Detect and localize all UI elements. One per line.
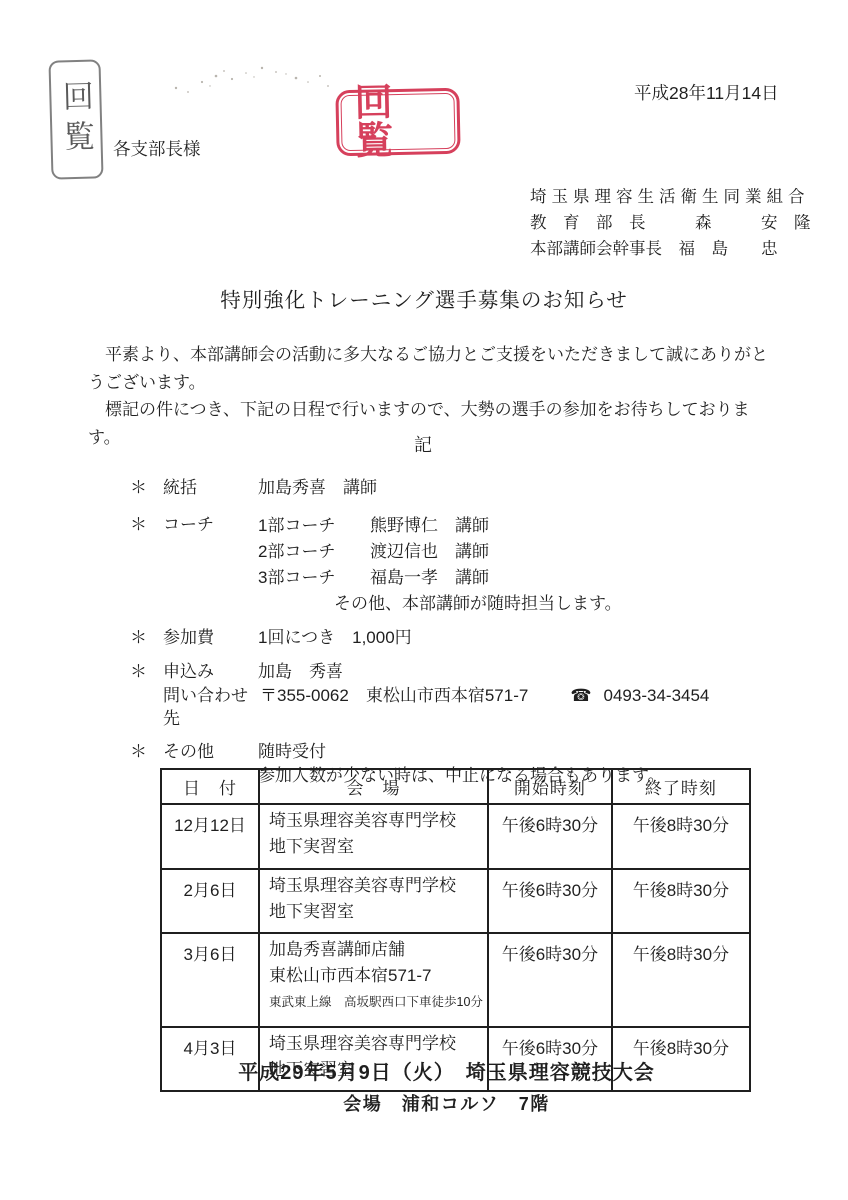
contact-row: 問い合わせ先 〒355-0062 東松山市西本宿571-7 ☎0493-34-3…: [163, 684, 830, 731]
record-marker: 記: [0, 431, 848, 457]
schedule-row-1: 12月12日 埼玉県理容美容専門学校 地下実習室 午後6時30分 午後8時30分: [161, 804, 750, 869]
cell-venue: 加島秀喜講師店舗 東松山市西本宿571-7 東武東上線 高坂駅西口下車徒歩10分: [259, 933, 488, 1027]
bullet-asterisk: ＊: [130, 740, 163, 764]
other-label: その他: [163, 740, 258, 764]
cell-end-time: 午後8時30分: [612, 933, 750, 1027]
contact-phone: ☎0493-34-3454: [570, 684, 709, 731]
cell-venue: 埼玉県理容美容専門学校 地下実習室: [259, 869, 488, 933]
document-page: 回覧 回覧 平成28年11月14日 各支部長様 埼玉県理容生活衛生同業組合 教 …: [0, 0, 848, 1200]
venue-line-1: 埼玉県理容美容専門学校: [269, 808, 483, 834]
contact-label: 問い合わせ先: [163, 684, 260, 731]
fee-value: 1回につき 1,000円: [258, 626, 830, 650]
venue-line-2: 地下実習室: [269, 834, 483, 860]
circulation-stamp-black-label: 回覧: [52, 79, 99, 160]
schedule-table: 日 付 会 場 開始時刻 終了時刻 12月12日 埼玉県理容美容専門学校 地下実…: [160, 768, 751, 1092]
list-item-coach: ＊ コーチ 1部コーチ 熊野博仁 講師 2部コーチ 渡辺信也 講師 3部コーチ …: [130, 513, 830, 617]
venue-line-1: 埼玉県理容美容専門学校: [269, 1031, 483, 1057]
footer-announcement: 平成29年5月9日（火） 埼玉県理容競技大会 会場 浦和コルソ 7階: [0, 1056, 848, 1116]
venue-line-1: 加島秀喜講師店舗: [269, 937, 483, 963]
circulation-stamp-red-inner-border: [340, 93, 455, 151]
bullet-asterisk: ＊: [130, 513, 163, 537]
cell-start-time: 午後6時30分: [488, 804, 612, 869]
col-header-end: 終了時刻: [612, 769, 750, 804]
list-item-fee: ＊ 参加費 1回につき 1,000円: [130, 626, 830, 650]
schedule-header-row: 日 付 会 場 開始時刻 終了時刻: [161, 769, 750, 804]
col-header-venue: 会 場: [259, 769, 488, 804]
document-date: 平成28年11月14日: [634, 80, 779, 105]
other-row: ＊ その他 随時受付: [130, 740, 830, 764]
list-item-apply: ＊ 申込み 加島 秀喜 問い合わせ先 〒355-0062 東松山市西本宿571-…: [130, 660, 830, 731]
coach-value: 1部コーチ 熊野博仁 講師 2部コーチ 渡辺信也 講師 3部コーチ 福島一孝 講…: [258, 513, 830, 617]
coach-role-1: 1部コーチ: [258, 513, 370, 539]
sender-organization: 埼玉県理容生活衛生同業組合: [530, 184, 812, 210]
coach-name-3: 福島一孝 講師: [370, 565, 489, 591]
coach-name-1: 熊野博仁 講師: [370, 513, 489, 539]
apply-row: ＊ 申込み 加島 秀喜: [130, 660, 830, 684]
competition-venue: 会場 浦和コルソ 7階: [45, 1090, 848, 1116]
sender-secretary-general: 本部講師会幹事長 福 島 忠: [530, 236, 812, 262]
apply-value: 加島 秀喜: [258, 660, 830, 684]
coach-role-3: 3部コーチ: [258, 565, 370, 591]
pencil-smudge: [158, 46, 348, 102]
coach-row-2: 2部コーチ 渡辺信也 講師: [258, 539, 830, 565]
col-header-date: 日 付: [161, 769, 259, 804]
cell-date: 2月6日: [161, 869, 259, 933]
coach-row-3: 3部コーチ 福島一孝 講師: [258, 565, 830, 591]
cell-end-time: 午後8時30分: [612, 869, 750, 933]
circulation-stamp-red: 回覧: [335, 88, 460, 157]
col-header-start: 開始時刻: [488, 769, 612, 804]
bullet-asterisk: ＊: [130, 660, 163, 684]
circulation-stamp-black: 回覧: [48, 59, 103, 179]
competition-announcement: 平成29年5月9日（火） 埼玉県理容競技大会: [45, 1056, 848, 1085]
telephone-icon: ☎: [570, 686, 591, 705]
schedule-row-3: 3月6日 加島秀喜講師店舗 東松山市西本宿571-7 東武東上線 高坂駅西口下車…: [161, 933, 750, 1027]
list-item-supervisor: ＊ 統括 加島秀喜 講師: [130, 476, 830, 500]
cell-venue: 埼玉県理容美容専門学校 地下実習室: [259, 804, 488, 869]
other-value: 随時受付: [258, 740, 830, 764]
cell-date: 3月6日: [161, 933, 259, 1027]
phone-number: 0493-34-3454: [604, 686, 710, 705]
bullet-asterisk: ＊: [130, 626, 163, 650]
recipient-label: 各支部長様: [113, 136, 201, 161]
coach-row-1: 1部コーチ 熊野博仁 講師: [258, 513, 830, 539]
fee-label: 参加費: [163, 626, 258, 650]
cell-start-time: 午後6時30分: [488, 869, 612, 933]
supervisor-value: 加島秀喜 講師: [258, 476, 830, 500]
sender-block: 埼玉県理容生活衛生同業組合 教 育 部 長 森 安 隆 本部講師会幹事長 福 島…: [530, 184, 812, 262]
schedule-row-2: 2月6日 埼玉県理容美容専門学校 地下実習室 午後6時30分 午後8時30分: [161, 869, 750, 933]
details-list: ＊ 統括 加島秀喜 講師 ＊ コーチ 1部コーチ 熊野博仁 講師 2部コーチ 渡…: [130, 476, 830, 788]
cell-end-time: 午後8時30分: [612, 804, 750, 869]
coach-label: コーチ: [163, 513, 258, 537]
sender-education-director: 教 育 部 長 森 安 隆: [530, 210, 812, 236]
cell-date: 12月12日: [161, 804, 259, 869]
venue-line-2: 地下実習室: [269, 899, 483, 925]
coach-note: その他、本部講師が随時担当します。: [334, 591, 830, 617]
contact-address: 〒355-0062 東松山市西本宿571-7: [260, 684, 528, 731]
coach-name-2: 渡辺信也 講師: [370, 539, 489, 565]
cell-start-time: 午後6時30分: [488, 933, 612, 1027]
coach-role-2: 2部コーチ: [258, 539, 370, 565]
apply-label: 申込み: [163, 660, 258, 684]
bullet-asterisk: ＊: [130, 476, 163, 500]
venue-line-1: 埼玉県理容美容専門学校: [269, 873, 483, 899]
body-paragraph-1: 平素より、本部講師会の活動に多大なるご協力とご支援をいただきまして誠にありがとう…: [88, 341, 768, 396]
venue-access-note: 東武東上線 高坂駅西口下車徒歩10分: [269, 994, 483, 1010]
venue-line-2: 東松山市西本宿571-7: [269, 963, 483, 989]
document-title: 特別強化トレーニング選手募集のお知らせ: [0, 283, 848, 313]
supervisor-label: 統括: [163, 476, 258, 500]
